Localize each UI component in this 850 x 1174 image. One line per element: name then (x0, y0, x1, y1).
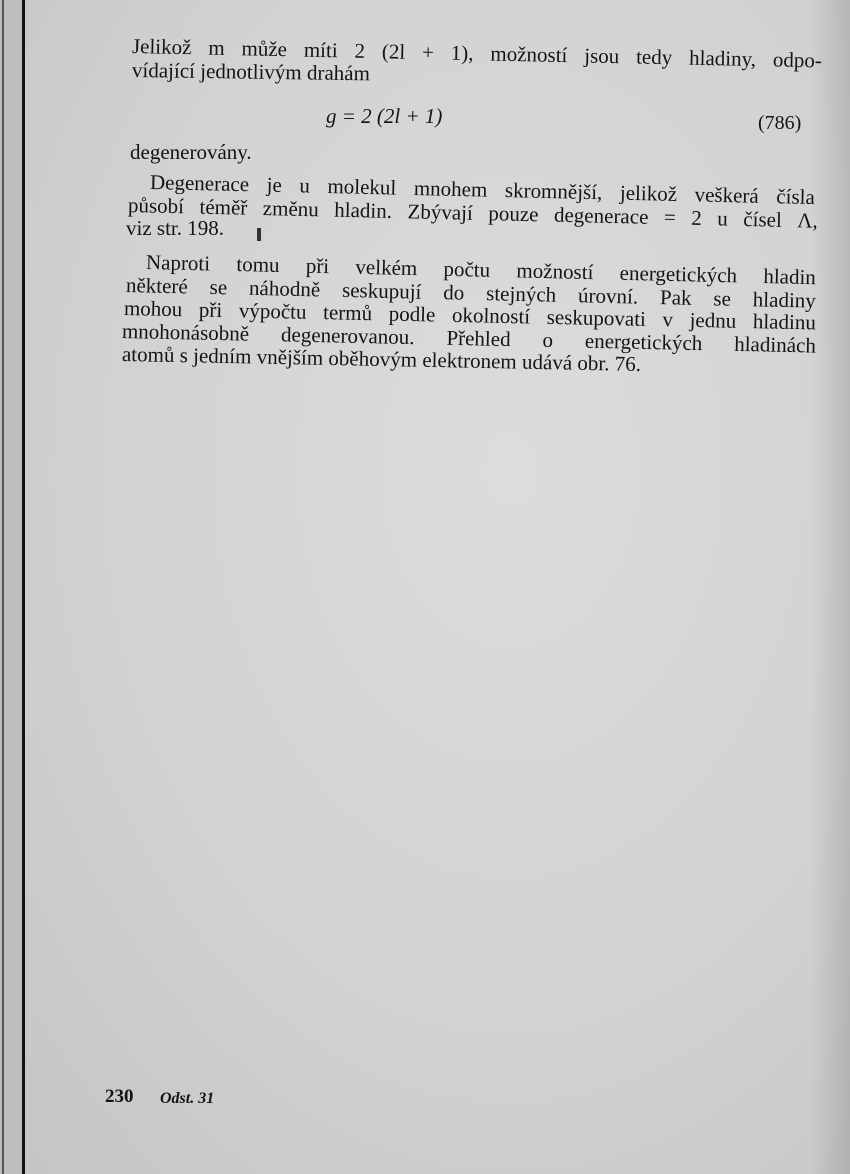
paragraph-2-line-3: viz str. 198. (126, 216, 224, 240)
page-edge-line (2, 0, 4, 1174)
page-number: 230 (105, 1086, 134, 1108)
equation-number: (786) (758, 112, 801, 135)
ink-mark (257, 228, 261, 241)
paragraph-1-line-2: vídající jednotlivým drahám (132, 58, 370, 85)
page-shadow (810, 0, 850, 1174)
book-page: Jelikož m může míti 2 (2l + 1), možností… (0, 0, 850, 1174)
section-label: Odst. 31 (160, 1090, 214, 1108)
equation-786: g = 2 (2l + 1) (326, 104, 442, 129)
degenerovany-line: degenerovány. (130, 140, 252, 164)
